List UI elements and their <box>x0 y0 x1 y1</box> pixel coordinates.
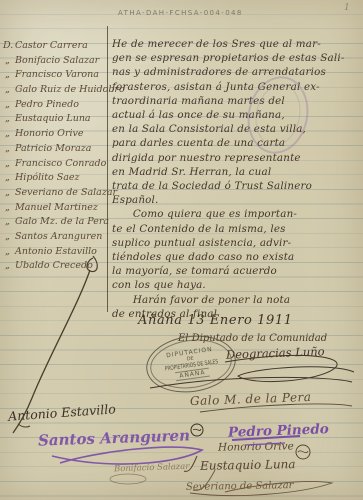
ditto-mark: „ <box>3 187 12 198</box>
signature-honorio: Honorio Orive <box>218 440 294 453</box>
ditto-mark: D. <box>3 40 12 51</box>
margin-name: Honorio Orive <box>15 128 84 139</box>
letter-line: Español. <box>112 193 363 207</box>
margin-name-row: „ Severiano de Salazar <box>3 187 107 202</box>
margin-name: Ubaldo Crecedo <box>15 260 93 271</box>
letter-line: Harán favor de poner la nota <box>112 293 363 307</box>
margin-divider-line <box>107 26 108 312</box>
ditto-mark: „ <box>3 84 12 95</box>
letter-line: dirigida por nuestro representante <box>112 151 363 165</box>
margin-name-row: „ Patricio Moraza <box>3 143 107 158</box>
faint-purple-stamp-inner <box>250 80 306 150</box>
ditto-mark: „ <box>3 55 12 66</box>
ditto-mark: „ <box>3 113 12 124</box>
margin-names-list: D. Castor Carrera „ Bonifacio Salazar „ … <box>3 40 107 275</box>
letter-line: en Madrid Sr. Herran, la cual <box>112 165 363 179</box>
margin-name: Manuel Martinez <box>15 202 98 213</box>
margin-name-row: „ Pedro Pinedo <box>3 99 107 114</box>
margin-name-row: „ Eustaquio Luna <box>3 113 107 128</box>
ditto-mark: „ <box>3 260 12 271</box>
ditto-mark: „ <box>3 158 12 169</box>
letter-line: la mayoría, se tomará acuerdo <box>112 264 363 278</box>
ditto-mark: „ <box>3 143 12 154</box>
margin-name: Francisco Varona <box>15 69 99 80</box>
letter-line: traordinaria mañana martes del <box>112 94 363 108</box>
letter-line: tiéndoles que dado caso no exista <box>112 250 363 264</box>
letter-line: Como quiera que es importan- <box>112 207 363 221</box>
margin-name-row: „ Santos Aranguren <box>3 231 107 246</box>
margin-name: Francisco Conrado <box>15 158 106 169</box>
margin-name: Patricio Moraza <box>15 143 91 154</box>
margin-name-row: „ Galo Ruiz de Huidobro <box>3 84 107 99</box>
ditto-mark: „ <box>3 202 12 213</box>
letter-line: en la Sala Consistorial de esta villa, <box>112 122 363 136</box>
letter-line: trata de la Sociedad ó Trust Salinero <box>112 179 363 193</box>
ditto-mark: „ <box>3 172 12 183</box>
letter-line: te el Contenido de la misma, les <box>112 222 363 236</box>
margin-name-row: D. Castor Carrera <box>3 40 107 55</box>
ditto-mark: „ <box>3 128 12 139</box>
margin-name: Bonifacio Salazar <box>15 55 99 66</box>
margin-name-row: „ Manuel Martinez <box>3 202 107 217</box>
margin-name: Castor Carrera <box>15 40 88 51</box>
margin-name-row: „ Galo Mz. de la Pera <box>3 216 107 231</box>
letter-body: He de merecer de los Sres que al mar-gen… <box>112 37 363 321</box>
letter-line: forasteros, asistan á Junta General ex- <box>112 80 363 94</box>
margin-name-row: „ Hipólito Saez <box>3 172 107 187</box>
margin-name: Antonio Estavillo <box>15 246 97 257</box>
page-number: 1 <box>344 3 350 13</box>
archival-reference: ATHA-DAH-FCHSA-004-048 <box>118 9 243 17</box>
letter-line: actual á las once de su mañana, <box>112 108 363 122</box>
letter-line: nas y administradores de arrendatarios <box>112 65 363 79</box>
letter-line: con los que haya. <box>112 278 363 292</box>
ditto-mark: „ <box>3 231 12 242</box>
letter-line: gen se espresan propietarios de estas Sa… <box>112 51 363 65</box>
margin-name-row: „ Antonio Estavillo <box>3 246 107 261</box>
place-date-line: Añana 13 Enero 1911 <box>138 313 293 328</box>
margin-name: Severiano de Salazar <box>15 187 117 198</box>
margin-name-row: „ Bonifacio Salazar <box>3 55 107 70</box>
manuscript-page: ATHA-DAH-FCHSA-004-048 1 D. Castor Carre… <box>0 0 363 500</box>
margin-name: Galo Mz. de la Pera <box>15 216 109 227</box>
ditto-mark: „ <box>3 216 12 227</box>
margin-name-row: „ Francisco Varona <box>3 69 107 84</box>
margin-name: Hipólito Saez <box>15 172 80 183</box>
margin-name-row: „ Honorio Orive <box>3 128 107 143</box>
ditto-mark: „ <box>3 69 12 80</box>
letter-line: para darles cuenta de una carta <box>112 136 363 150</box>
ditto-mark: „ <box>3 246 12 257</box>
margin-name-row: „ Ubaldo Crecedo <box>3 260 107 275</box>
letter-line: He de merecer de los Sres que al mar- <box>112 37 363 51</box>
margin-name: Eustaquio Luna <box>15 113 91 124</box>
margin-name: Pedro Pinedo <box>15 99 79 110</box>
margin-name: Galo Ruiz de Huidobro <box>15 84 125 95</box>
signature-severiano: Severiano de Salazar <box>186 480 294 493</box>
letter-line: suplico puntual asistencia, advir- <box>112 236 363 250</box>
signature-eustaquio: Eustaquio Luna <box>200 457 296 473</box>
margin-name: Santos Aranguren <box>15 231 102 242</box>
margin-name-row: „ Francisco Conrado <box>3 158 107 173</box>
ditto-mark: „ <box>3 99 12 110</box>
